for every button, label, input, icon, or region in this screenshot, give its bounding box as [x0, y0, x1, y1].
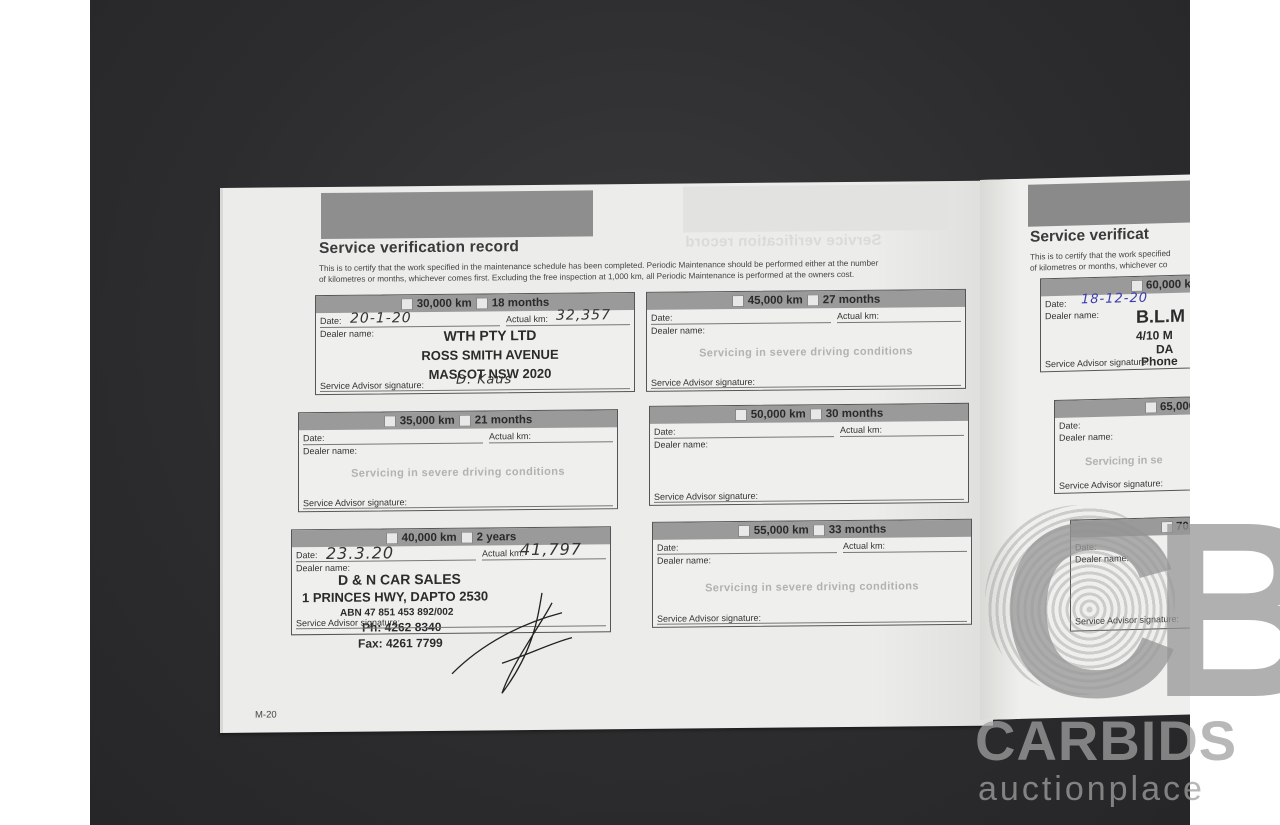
page-title: Service verification record: [319, 238, 519, 258]
intro-text: This is to certify that the work specifi…: [1030, 249, 1171, 274]
actual-km-label: Actual km:: [837, 311, 879, 321]
dealer-name-label: Dealer name:: [1045, 310, 1099, 321]
signature-scribble: [442, 583, 582, 694]
date-label: Date:: [1045, 299, 1067, 310]
dealer-stamp-line: ROSS SMITH AVENUE: [316, 346, 634, 364]
actual-km-label: Actual km:: [843, 541, 885, 551]
checkbox-km[interactable]: [386, 532, 398, 544]
dealer-name-label: Dealer name:: [303, 446, 357, 457]
date-label: Date:: [320, 316, 342, 326]
dealer-name-label: Dealer name:: [654, 439, 708, 450]
watermark-brand: CARBIDS: [975, 708, 1237, 773]
checkbox-km[interactable]: [1145, 401, 1157, 413]
intro-text: This is to certify that the work specifi…: [319, 258, 959, 285]
checkbox-km[interactable]: [384, 415, 396, 427]
actual-km-value: 32,357: [556, 307, 611, 324]
actual-km-label: Actual km:: [482, 548, 524, 558]
checkbox-months[interactable]: [461, 531, 473, 543]
actual-km-value: 41,797: [520, 540, 582, 560]
service-interval-header: 55,000 km 33 months: [653, 520, 971, 540]
service-interval-header: 35,000 km 21 months: [299, 410, 617, 430]
header-band: [321, 190, 593, 239]
actual-km-label: Actual km:: [840, 425, 882, 435]
dealer-stamp-line: 4/10 M: [1136, 326, 1190, 343]
service-interval-header: 50,000 km 30 months: [650, 404, 968, 424]
severe-conditions-note: Servicing in se: [1085, 454, 1163, 468]
dealer-name-label: Dealer name:: [657, 555, 711, 566]
service-box-35000km: 35,000 km 21 months Date: Actual km: Dea…: [298, 409, 618, 512]
date-value: 23.3.20: [326, 543, 394, 563]
checkbox-km[interactable]: [735, 408, 747, 420]
logbook-left-page: Service verification record Service veri…: [220, 181, 993, 733]
date-label: Date:: [303, 433, 325, 443]
severe-conditions-note: Servicing in severe driving conditions: [299, 465, 617, 480]
service-box-55000km: 55,000 km 33 months Date: Actual km: Dea…: [652, 519, 972, 628]
date-label: Date:: [651, 313, 673, 323]
severe-conditions-note: Servicing in severe driving conditions: [647, 345, 965, 360]
page-title: Service verificat: [1030, 226, 1149, 247]
checkbox-km[interactable]: [1131, 279, 1143, 291]
checkbox-months[interactable]: [459, 414, 471, 426]
carbids-logo-watermark: CB: [1000, 500, 1250, 720]
service-box-45000km: 45,000 km 27 months Date: Actual km: Dea…: [646, 289, 966, 392]
signature-label: Service Advisor signature:: [1045, 357, 1149, 370]
checkbox-months[interactable]: [807, 294, 819, 306]
checkbox-months[interactable]: [813, 524, 825, 536]
service-box-30000km: 30,000 km 18 months Date: Actual km: 20-…: [315, 292, 635, 395]
page-number: M-20: [255, 709, 277, 720]
date-label: Date:: [657, 543, 679, 553]
date-label: Date:: [1059, 420, 1081, 431]
signature-value: D. Kaus: [456, 372, 512, 388]
checkbox-km[interactable]: [738, 524, 750, 536]
date-label: Date:: [654, 427, 676, 437]
date-value: 18-12-20: [1081, 291, 1148, 308]
header-band: [1028, 180, 1190, 227]
checkbox-km[interactable]: [401, 298, 413, 310]
watermark-tagline: auctionplace: [978, 770, 1205, 809]
dealer-name-label: Dealer name:: [1059, 432, 1113, 443]
date-label: Date:: [296, 550, 318, 560]
dealer-name-label: Dealer name:: [651, 325, 705, 336]
service-box-50000km: 50,000 km 30 months Date: Actual km: Dea…: [649, 403, 969, 506]
severe-conditions-note: Servicing in severe driving conditions: [653, 580, 971, 595]
dealer-stamp-line: B.L.M: [1136, 304, 1190, 328]
checkbox-months[interactable]: [810, 408, 822, 420]
actual-km-label: Actual km:: [489, 431, 531, 441]
date-value: 20-1-20: [350, 310, 412, 327]
service-box-40000km: 40,000 km 2 years Date: Actual km: 23.3.…: [291, 526, 611, 635]
actual-km-label: Actual km:: [506, 314, 548, 324]
dealer-stamp-line: WTH PTY LTD: [316, 326, 634, 345]
bleed-through-title: Service verification record: [685, 232, 882, 251]
service-box-60000km: 60,000 k Date: 18-12-20 Dealer name: B.L…: [1040, 273, 1190, 373]
bleed-through-band: [683, 184, 948, 233]
service-interval-header: 45,000 km 27 months: [647, 290, 965, 310]
checkbox-months[interactable]: [476, 297, 488, 309]
checkbox-km[interactable]: [732, 294, 744, 306]
